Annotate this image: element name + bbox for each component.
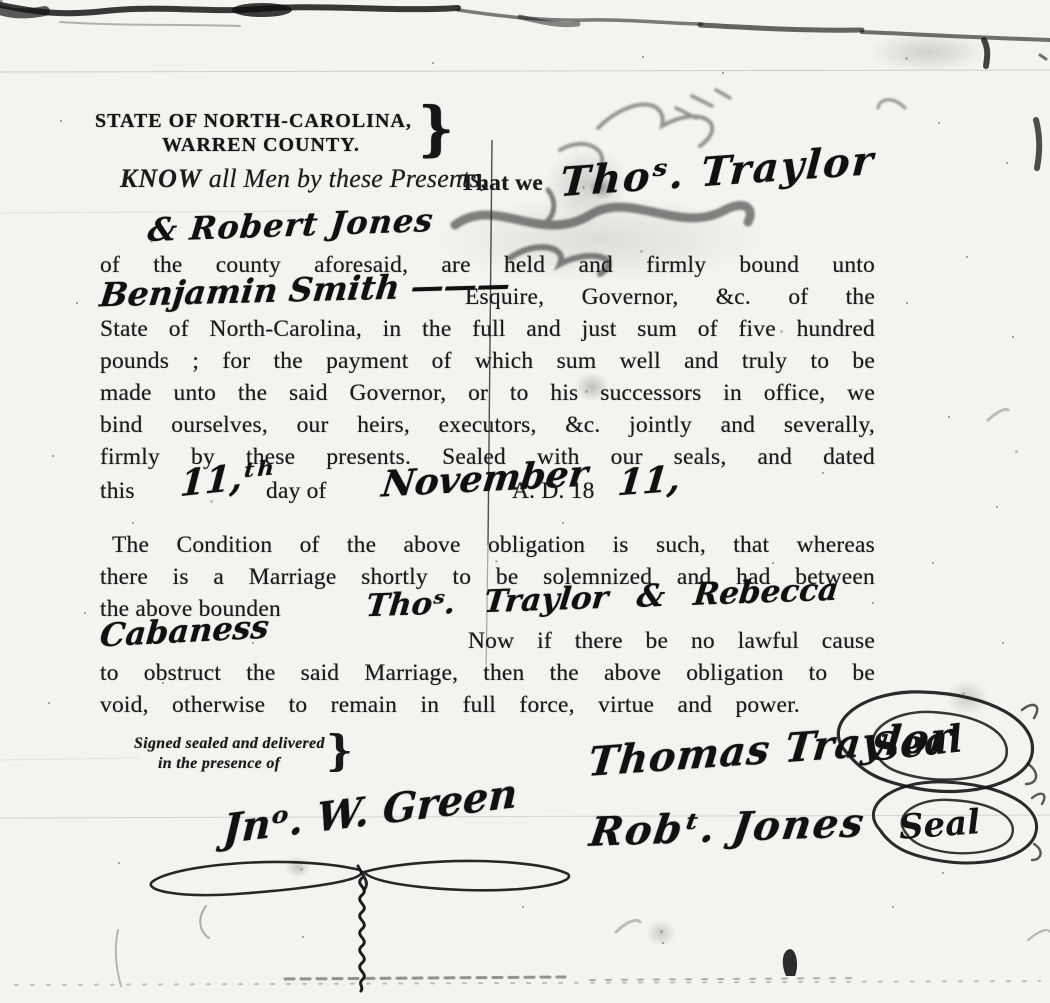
condition-line6: void, otherwise to remain in full force,…	[100, 692, 800, 719]
obligation-line4: pounds ; for the payment of which sum we…	[100, 348, 875, 375]
day-of-label: day of	[266, 478, 327, 505]
obligation-line5: made unto the said Governor, or to his s…	[100, 380, 875, 407]
seal2-flourish: Seal	[836, 772, 1050, 882]
condition-line4: Now if there be no lawful cause	[468, 628, 875, 655]
seal2-label: Seal	[898, 802, 982, 848]
condition-line5: to obstruct the said Marriage, then the …	[100, 660, 875, 687]
marriage-bond-document: STATE OF NORTH-CAROLINA, WARREN COUNTY. …	[0, 0, 1050, 1003]
attestation-line1: Signed sealed and delivered	[134, 735, 325, 753]
obligation-line6: bind ourselves, our heirs, executors, &c…	[100, 412, 875, 439]
obligation-line3: State of North-Carolina, in the full and…	[100, 316, 875, 343]
document-header: STATE OF NORTH-CAROLINA, WARREN COUNTY.	[95, 110, 427, 157]
attestation-brace: }	[326, 726, 353, 775]
this-label: this	[100, 478, 135, 505]
obligation-line2: Esquire, Governor, &c. of the	[465, 284, 875, 311]
witness-signature-flourish	[112, 826, 652, 1003]
know-word: KNOW	[120, 164, 202, 193]
ad-year-label: A. D. 18	[512, 478, 595, 505]
that-we-label: That we	[460, 170, 543, 197]
opening-line: KNOW all Men by these Presents,	[120, 164, 487, 194]
presents-text: all Men by these Presents,	[202, 164, 487, 193]
state-line: STATE OF NORTH-CAROLINA,	[95, 110, 427, 133]
attestation-line2: in the presence of	[158, 755, 280, 773]
header-brace: }	[418, 94, 454, 163]
condition-line1: The Condition of the above obligation is…	[112, 532, 875, 559]
year-value-handwritten: 11,	[616, 458, 683, 505]
seal1-label: Seal	[870, 715, 965, 769]
county-line: WARREN COUNTY.	[95, 134, 427, 157]
